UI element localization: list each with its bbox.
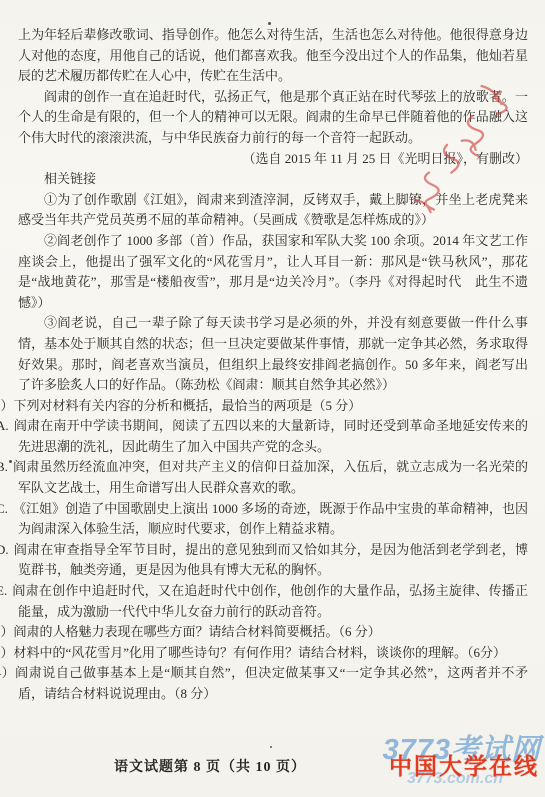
question-4: （4）阎肃说自己做事基本上是“顺其自然”，但决定做某事又“一定争其必然”，这两者…: [18, 663, 528, 704]
option-text: 《江姐》创造了中国歌剧史上演出 1000 多场的奇迹，既源于作品中宝贵的革命精神…: [13, 501, 528, 537]
option-text: 阎肃在审查指导全军节目时，提出的意见独到而又恰如其分，是因为他活到老学到老，博览…: [14, 542, 528, 578]
scan-speck: [9, 460, 12, 463]
option-label: D.: [0, 542, 9, 557]
option-label: E.: [0, 583, 7, 598]
question-1-option-b: B.阎肃虽然历经流血冲突，但对共产主义的信仰日益加深，入伍后，就立志成为一名光荣…: [18, 457, 528, 498]
page-footer: 语文试题第 8 页（共 10 页）: [0, 756, 420, 776]
page-number-label: 语文试题第 8 页（共 10 页）: [114, 760, 306, 775]
question-2: （2）阎肃的人格魅力表现在哪些方面？请结合材料简要概括。（6 分）: [18, 622, 528, 643]
source-attribution: （选自 2015 年 11 月 25 日《光明日报》，有删改）: [18, 149, 528, 170]
related-links-heading: 相关链接: [18, 169, 528, 190]
option-text: 阎肃在南开中学读书期间，阅读了五四以来的大量新诗，同时还受到革命圣地延安传来的先…: [14, 418, 528, 454]
question-1-option-c: C.《江姐》创造了中国歌剧史上演出 1000 多场的奇迹，既源于作品中宝贵的革命…: [18, 499, 528, 540]
question-1-option-a: A.阎肃在南开中学读书期间，阅读了五四以来的大量新诗，同时还受到革命圣地延安传来…: [18, 416, 528, 457]
related-link-2: ②阎老创作了 1000 多部（首）作品，获国家和军队大奖 100 余项。2014…: [18, 231, 528, 313]
passage-paragraph-continuation: 上为年轻后辈修改歌词、指导创作。他怎么对待生活，生活也怎么对待他。他很得意身边人…: [18, 25, 528, 87]
question-1-stem: （1）下列对材料有关内容的分析和概括，最恰当的两项是（5 分）: [18, 396, 528, 417]
related-link-1: ①为了创作歌剧《江姐》，阎肃来到渣滓洞，反铐双手，戴上脚镣，并坐上老虎凳来感受当…: [18, 190, 528, 231]
question-3: （3）材料中的“风花雪月”化用了哪些诗句？有何作用？请结合材料，谈谈你的理解。（…: [18, 643, 528, 664]
question-1-option-d: D.阎肃在审查指导全军节目时，提出的意见独到而又恰如其分，是因为他活到老学到老，…: [18, 540, 528, 581]
exam-content: 上为年轻后辈修改歌词、指导创作。他怎么对待生活，生活也怎么对待他。他很得意身边人…: [18, 25, 528, 705]
option-label: A.: [0, 418, 9, 433]
exam-page-scan: 上为年轻后辈修改歌词、指导创作。他怎么对待生活，生活也怎么对待他。他很得意身边人…: [0, 0, 545, 797]
scan-speck: [268, 22, 271, 25]
related-link-3: ③阎老说，自己一辈子除了每天读书学习是必须的外，并没有刻意要做一件什么事情，基本…: [18, 313, 528, 395]
question-1-option-e: E.阎肃在创作中追赶时代，又在追赶时代中创作，他创作的大量作品，弘扬主旋律、传播…: [18, 581, 528, 622]
passage-paragraph: 阎肃的创作一直在追赶时代，弘扬正气，他是那个真正站在时代琴弦上的放歌者。一个人的…: [18, 87, 528, 149]
scan-speck: [270, 746, 272, 748]
option-label: B.: [0, 459, 8, 474]
option-label: C.: [0, 501, 8, 516]
option-text: 阎肃在创作中追赶时代，又在追赶时代中创作，他创作的大量作品，弘扬主旋律、传播正能…: [12, 583, 528, 619]
option-text: 阎肃虽然历经流血冲突，但对共产主义的信仰日益加深，入伍后，就立志成为一名光荣的军…: [13, 459, 528, 495]
